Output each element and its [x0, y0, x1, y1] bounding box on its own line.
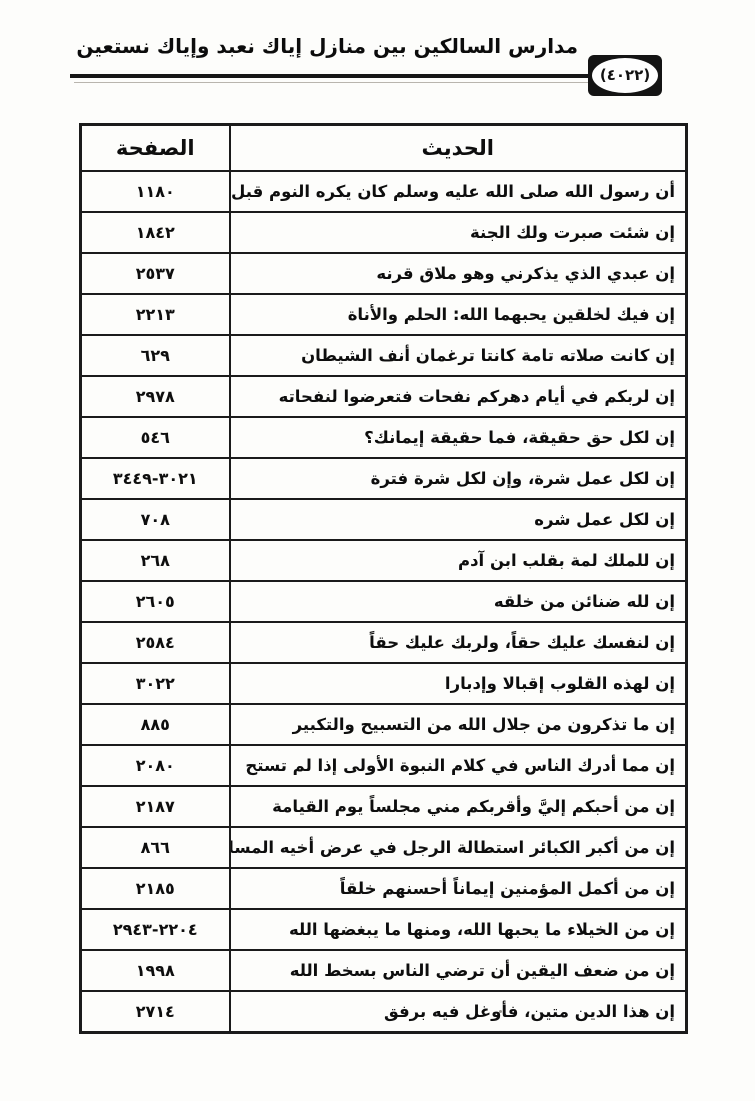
table-row: إن لهذه القلوب إقبالا وإدبارا٣٠٢٢ [81, 663, 687, 704]
hadith-cell: أن رسول الله صلى الله عليه وسلم كان يكره… [230, 171, 687, 212]
hadith-cell: إن مما أدرك الناس في كلام النبوة الأولى … [230, 745, 687, 786]
table-row: إن للملك لمة بقلب ابن آدم٢٦٨ [81, 540, 687, 581]
page-cell: ٣٠٢٢ [81, 663, 230, 704]
table-row: إن لكل حق حقيقة، فما حقيقة إيمانك؟٥٤٦ [81, 417, 687, 458]
hadith-cell: إن كانت صلاته تامة كانتا ترغمان أنف الشي… [230, 335, 687, 376]
hadith-cell: إن لنفسك عليك حقاً، ولربك عليك حقاً [230, 622, 687, 663]
page-cell: ٢٩٧٨ [81, 376, 230, 417]
hadith-index-table: الحديث الصفحة أن رسول الله صلى الله عليه… [79, 123, 688, 1034]
hadith-cell: إن لكل عمل شره [230, 499, 687, 540]
table-row: إن من الخيلاء ما يحبها الله، ومنها ما يب… [81, 909, 687, 950]
table-row: إن شئت صبرت ولك الجنة١٨٤٢ [81, 212, 687, 253]
table-row: إن من أكمل المؤمنين إيماناً أحسنهم خلقاً… [81, 868, 687, 909]
table-row: إن لكل عمل شره٧٠٨ [81, 499, 687, 540]
hadith-cell: إن عبدي الذي يذكرني وهو ملاق قرنه [230, 253, 687, 294]
page-cell: ٨٦٦ [81, 827, 230, 868]
book-page: مدارس السالكين بين منازل إياك نعبد وإياك… [0, 0, 755, 1101]
page-cell: ٨٨٥ [81, 704, 230, 745]
hadith-cell: إن من أحبكم إليَّ وأقربكم مني مجلساً يوم… [230, 786, 687, 827]
hadith-cell: إن لله ضنائن من خلقه [230, 581, 687, 622]
table-row: إن من أحبكم إليَّ وأقربكم مني مجلساً يوم… [81, 786, 687, 827]
table-row: إن من ضعف اليقين أن ترضي الناس بسخط الله… [81, 950, 687, 991]
page-cell: ٢٦٠٥ [81, 581, 230, 622]
page-cell: ١١٨٠ [81, 171, 230, 212]
table-row: إن لربكم في أيام دهركم نفحات فتعرضوا لنف… [81, 376, 687, 417]
page-cell: ٢٢١٣ [81, 294, 230, 335]
page-cell: ٢٥٨٤ [81, 622, 230, 663]
page-cell: ٣٠٢١-٣٤٤٩ [81, 458, 230, 499]
table-header-row: الحديث الصفحة [81, 125, 687, 172]
table-row: إن مما أدرك الناس في كلام النبوة الأولى … [81, 745, 687, 786]
table-row: إن ما تذكرون من جلال الله من التسبيح وال… [81, 704, 687, 745]
table-row: أن رسول الله صلى الله عليه وسلم كان يكره… [81, 171, 687, 212]
table-row: إن لله ضنائن من خلقه٢٦٠٥ [81, 581, 687, 622]
table-row: إن فيك لخلقين يحبهما الله: الحلم والأناة… [81, 294, 687, 335]
running-head-title: مدارس السالكين بين منازل إياك نعبد وإياك… [76, 34, 578, 58]
hadith-cell: إن فيك لخلقين يحبهما الله: الحلم والأناة [230, 294, 687, 335]
hadith-cell: إن من ضعف اليقين أن ترضي الناس بسخط الله [230, 950, 687, 991]
hadith-cell: إن من الخيلاء ما يحبها الله، ومنها ما يب… [230, 909, 687, 950]
hadith-cell: إن شئت صبرت ولك الجنة [230, 212, 687, 253]
page-cell: ٧٠٨ [81, 499, 230, 540]
table-row: إن لكل عمل شرة، وإن لكل شرة فترة٣٠٢١-٣٤٤… [81, 458, 687, 499]
table-row: إن من أكبر الكبائر استطالة الرجل في عرض … [81, 827, 687, 868]
table-row: إن هذا الدين متين، فأوغل فيه برفق٢٧١٤ [81, 991, 687, 1033]
page-cell: ٢٠٨٠ [81, 745, 230, 786]
table-row: إن لنفسك عليك حقاً، ولربك عليك حقاً٢٥٨٤ [81, 622, 687, 663]
page-cell: ٦٢٩ [81, 335, 230, 376]
table-row: إن كانت صلاته تامة كانتا ترغمان أنف الشي… [81, 335, 687, 376]
hadith-cell: إن هذا الدين متين، فأوغل فيه برفق [230, 991, 687, 1033]
hadith-cell: إن لكل عمل شرة، وإن لكل شرة فترة [230, 458, 687, 499]
scan-speck [499, 1010, 502, 1013]
hadith-cell: إن لهذه القلوب إقبالا وإدبارا [230, 663, 687, 704]
hadith-cell: إن ما تذكرون من جلال الله من التسبيح وال… [230, 704, 687, 745]
page-cell: ١٩٩٨ [81, 950, 230, 991]
page-cell: ١٨٤٢ [81, 212, 230, 253]
hadith-cell: إن من أكمل المؤمنين إيماناً أحسنهم خلقاً [230, 868, 687, 909]
page-cell: ٢٥٣٧ [81, 253, 230, 294]
page-cell: ٢١٨٥ [81, 868, 230, 909]
table-row: إن عبدي الذي يذكرني وهو ملاق قرنه٢٥٣٧ [81, 253, 687, 294]
page-cell: ٥٤٦ [81, 417, 230, 458]
header-rule-thick [70, 74, 600, 78]
page-number-ellipse: (٤٠٢٢) [592, 58, 658, 93]
hadith-cell: إن للملك لمة بقلب ابن آدم [230, 540, 687, 581]
page-cell: ٢٢٠٤-٢٩٤٣ [81, 909, 230, 950]
page-cell: ٢١٨٧ [81, 786, 230, 827]
page-number-badge: (٤٠٢٢) [588, 55, 662, 96]
header-rule-thin [74, 82, 592, 83]
column-header-hadith: الحديث [230, 125, 687, 172]
hadith-cell: إن لربكم في أيام دهركم نفحات فتعرضوا لنف… [230, 376, 687, 417]
page-number: (٤٠٢٢) [600, 68, 650, 83]
page-cell: ٢٦٨ [81, 540, 230, 581]
hadith-cell: إن من أكبر الكبائر استطالة الرجل في عرض … [230, 827, 687, 868]
column-header-page: الصفحة [81, 125, 230, 172]
hadith-cell: إن لكل حق حقيقة، فما حقيقة إيمانك؟ [230, 417, 687, 458]
page-cell: ٢٧١٤ [81, 991, 230, 1033]
